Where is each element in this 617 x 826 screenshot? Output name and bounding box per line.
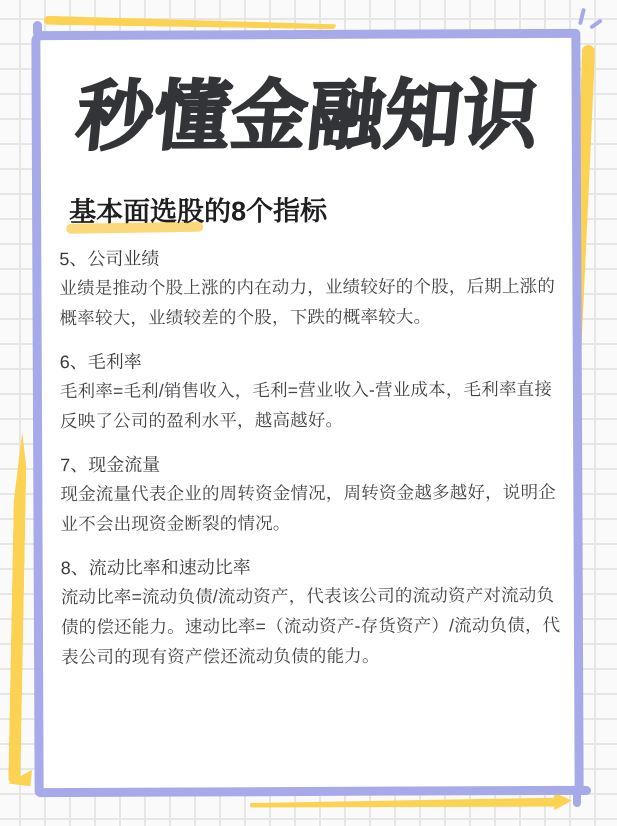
sparkle-icon [578, 8, 586, 25]
subtitle: 基本面选股的8个指标 [69, 188, 560, 229]
section-body: 毛利率=毛利/销售收入，毛利=营业收入-营业成本，毛利率直接反映了公司的盈利水平… [60, 374, 561, 436]
accent-line-top [44, 16, 336, 30]
section-body: 现金流量代表企业的周转资金情况，周转资金越多越好，说明企业不会出现资金断裂的情况… [60, 477, 561, 539]
subtitle-highlighted-text: 基本面选股 [69, 189, 204, 229]
poster-page: { "poster": { "title": "秒懂金融知识", "subtit… [0, 0, 617, 826]
section-gross-margin: 6、毛利率 毛利率=毛利/销售收入，毛利=营业收入-营业成本，毛利率直接反映了公… [60, 346, 561, 436]
section-cash-flow: 7、现金流量 现金流量代表企业的周转资金情况，周转资金越多越好，说明企业不会出现… [60, 449, 561, 539]
sparkle-icon [589, 18, 603, 29]
section-body: 业绩是推动个股上涨的内在动力，业绩较好的个股，后期上涨的概率较大，业绩较差的个股… [59, 271, 560, 333]
section-list: 5、公司业绩 业绩是推动个股上涨的内在动力，业绩较好的个股，后期上涨的概率较大，… [59, 243, 562, 672]
section-company-performance: 5、公司业绩 业绩是推动个股上涨的内在动力，业绩较好的个股，后期上涨的概率较大，… [59, 243, 560, 333]
accent-line-left [8, 432, 27, 784]
section-heading: 8、流动比率和速动比率 [61, 552, 562, 582]
subtitle-rest-text: 的8个指标 [204, 196, 327, 227]
section-heading: 6、毛利率 [60, 346, 561, 376]
accent-line-bottom [250, 798, 560, 810]
section-body: 流动比率=流动负债/流动资产，代表该公司的流动资产对流动负债的偿还能力。速动比率… [61, 580, 562, 672]
page-title: 秒懂金融知识 [53, 78, 564, 156]
section-heading: 7、现金流量 [60, 449, 561, 479]
poster-card: 秒懂金融知识 基本面选股的8个指标 5、公司业绩 业绩是推动个股上涨的内在动力，… [31, 29, 583, 797]
section-heading: 5、公司业绩 [59, 243, 560, 273]
section-current-quick-ratio: 8、流动比率和速动比率 流动比率=流动负债/流动资产，代表该公司的流动资产对流动… [61, 552, 563, 672]
